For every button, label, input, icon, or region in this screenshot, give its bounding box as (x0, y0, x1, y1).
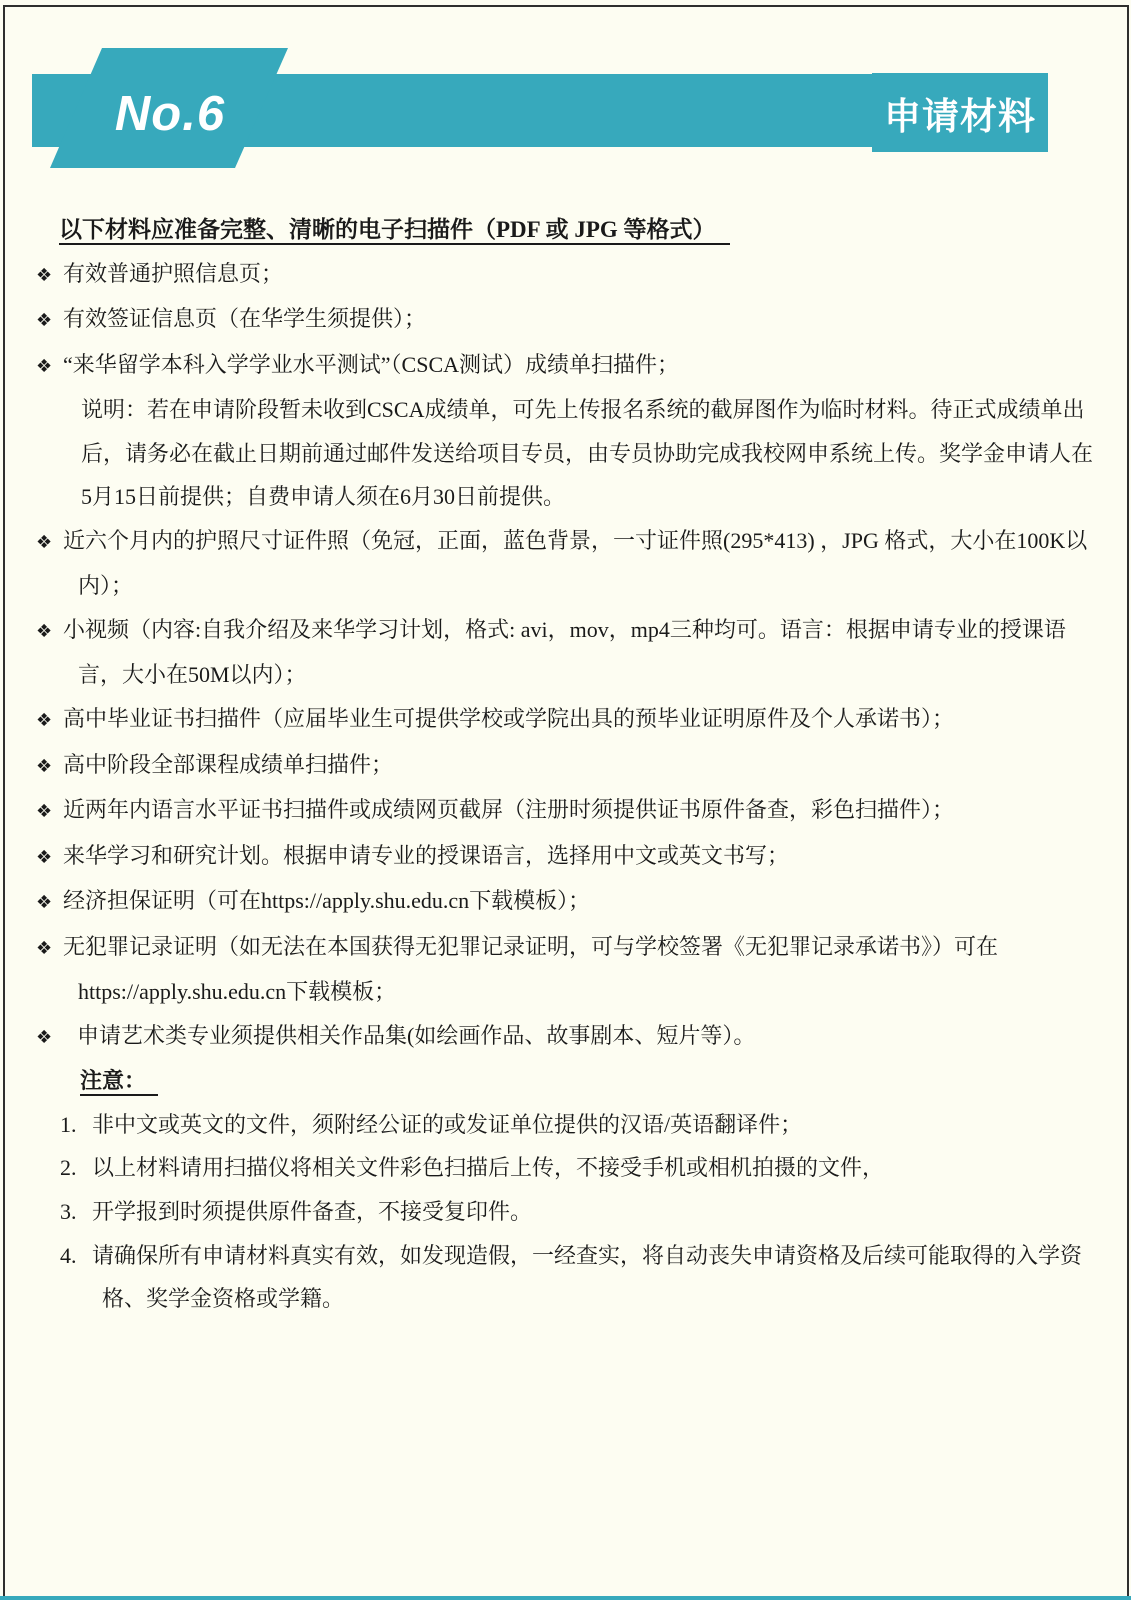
list-item-text: “来华留学本科入学学业水平测试”（CSCA测试）成绩单扫描件； (63, 352, 679, 377)
badge-parallelogram: No.6 (42, 48, 292, 168)
list-item-text: 高中毕业证书扫描件（应届毕业生可提供学校或学院出具的预毕业证明原件及个人承诺书）… (63, 706, 954, 731)
note-number: 1. (60, 1103, 92, 1147)
list-item: ❖有效普通护照信息页； (36, 252, 1100, 298)
list-item-text: 近两年内语言水平证书扫描件或成绩网页截屏（注册时须提供证书原件备查，彩色扫描件）… (63, 797, 954, 822)
note-number: 4. (60, 1234, 92, 1278)
note-text: 以上材料请用扫描仪将相关文件彩色扫描后上传，不接受手机或相机拍摄的文件， (92, 1155, 884, 1180)
note-text: 非中文或英文的文件，须附经公证的或发证单位提供的汉语/英语翻译件； (92, 1112, 802, 1137)
note-number: 2. (60, 1146, 92, 1190)
list-item: ❖高中阶段全部课程成绩单扫描件； (36, 743, 1100, 789)
diamond-bullet-icon: ❖ (36, 699, 63, 743)
notice-heading-text: 注意： (80, 1068, 158, 1096)
list-item-text: 有效普通护照信息页； (63, 261, 283, 286)
list-item: ❖“来华留学本科入学学业水平测试”（CSCA测试）成绩单扫描件； 说明：若在申请… (36, 343, 1100, 519)
list-item-text: 高中阶段全部课程成绩单扫描件； (63, 752, 393, 777)
list-item: ❖经济担保证明（可在https://apply.shu.edu.cn下载模板）； (36, 879, 1100, 925)
note-item: 2.以上材料请用扫描仪将相关文件彩色扫描后上传，不接受手机或相机拍摄的文件， (60, 1146, 1100, 1190)
content: 以下材料应准备完整、清晰的电子扫描件（PDF 或 JPG 等格式） ❖有效普通护… (36, 208, 1100, 1321)
list-item-text: 小视频（内容:自我介绍及来华学习计划，格式: avi，mov，mp4三种均可。语… (63, 617, 1066, 688)
section-heading: 以下材料应准备完整、清晰的电子扫描件（PDF 或 JPG 等格式） (59, 208, 1100, 252)
diamond-bullet-icon: ❖ (36, 881, 63, 925)
list-item: ❖有效签证信息页（在华学生须提供）； (36, 297, 1100, 343)
note-text: 请确保所有申请材料真实有效，如发现造假，一经查实，将自动丧失申请资格及后续可能取… (92, 1243, 1082, 1312)
header-title-box: 申请材料 (872, 73, 1048, 152)
diamond-bullet-icon: ❖ (36, 299, 63, 343)
footer-accent-strip (0, 1596, 1131, 1600)
list-item-text: 来华学习和研究计划。根据申请专业的授课语言，选择用中文或英文书写； (63, 843, 789, 868)
list-item-text: 无犯罪记录证明（如无法在本国获得无犯罪记录证明，可与学校签署《无犯罪记录承诺书》… (63, 934, 998, 1005)
list-item: ❖近两年内语言水平证书扫描件或成绩网页截屏（注册时须提供证书原件备查，彩色扫描件… (36, 788, 1100, 834)
badge-number: No.6 (109, 74, 225, 142)
diamond-bullet-icon: ❖ (36, 927, 63, 971)
notice-heading: 注意： (80, 1059, 1100, 1103)
list-item: ❖申请艺术类专业须提供相关作品集(如绘画作品、故事剧本、短片等）。 (36, 1014, 1100, 1060)
note-item: 1.非中文或英文的文件，须附经公证的或发证单位提供的汉语/英语翻译件； (60, 1103, 1100, 1147)
note-item: 4.请确保所有申请材料真实有效，如发现造假，一经查实，将自动丧失申请资格及后续可… (60, 1234, 1100, 1321)
list-item: ❖小视频（内容:自我介绍及来华学习计划，格式: avi，mov，mp4三种均可。… (36, 608, 1100, 697)
note-number: 3. (60, 1190, 92, 1234)
list-item: ❖来华学习和研究计划。根据申请专业的授课语言，选择用中文或英文书写； (36, 834, 1100, 880)
list-item: ❖高中毕业证书扫描件（应届毕业生可提供学校或学院出具的预毕业证明原件及个人承诺书… (36, 697, 1100, 743)
list-item-text: 申请艺术类专业须提供相关作品集(如绘画作品、故事剧本、短片等）。 (77, 1023, 755, 1048)
diamond-bullet-icon: ❖ (36, 254, 63, 298)
diamond-bullet-icon: ❖ (36, 521, 63, 565)
list-item-note: 说明：若在申请阶段暂未收到CSCA成绩单，可先上传报名系统的截屏图作为临时材料。… (81, 388, 1100, 519)
list-item-text: 经济担保证明（可在https://apply.shu.edu.cn下载模板）； (63, 888, 590, 913)
diamond-bullet-icon: ❖ (36, 1016, 77, 1060)
diamond-bullet-icon: ❖ (36, 790, 63, 834)
diamond-bullet-icon: ❖ (36, 610, 63, 654)
list-item: ❖近六个月内的护照尺寸证件照（免冠，正面，蓝色背景，一寸证件照(295*413)… (36, 519, 1100, 608)
note-text: 开学报到时须提供原件备查，不接受复印件。 (92, 1199, 532, 1224)
note-item: 3.开学报到时须提供原件备查，不接受复印件。 (60, 1190, 1100, 1234)
section-heading-text: 以下材料应准备完整、清晰的电子扫描件（PDF 或 JPG 等格式） (59, 217, 730, 245)
list-item-text: 有效签证信息页（在华学生须提供）； (63, 306, 426, 331)
diamond-bullet-icon: ❖ (36, 836, 63, 880)
diamond-bullet-icon: ❖ (36, 345, 63, 389)
page-title: 申请材料 (884, 86, 1036, 140)
list-item-text: 近六个月内的护照尺寸证件照（免冠，正面，蓝色背景，一寸证件照(295*413) … (63, 528, 1087, 599)
diamond-bullet-icon: ❖ (36, 745, 63, 789)
list-item: ❖无犯罪记录证明（如无法在本国获得无犯罪记录证明，可与学校签署《无犯罪记录承诺书… (36, 925, 1100, 1014)
page: No.6 申请材料 以下材料应准备完整、清晰的电子扫描件（PDF 或 JPG 等… (0, 0, 1131, 1600)
